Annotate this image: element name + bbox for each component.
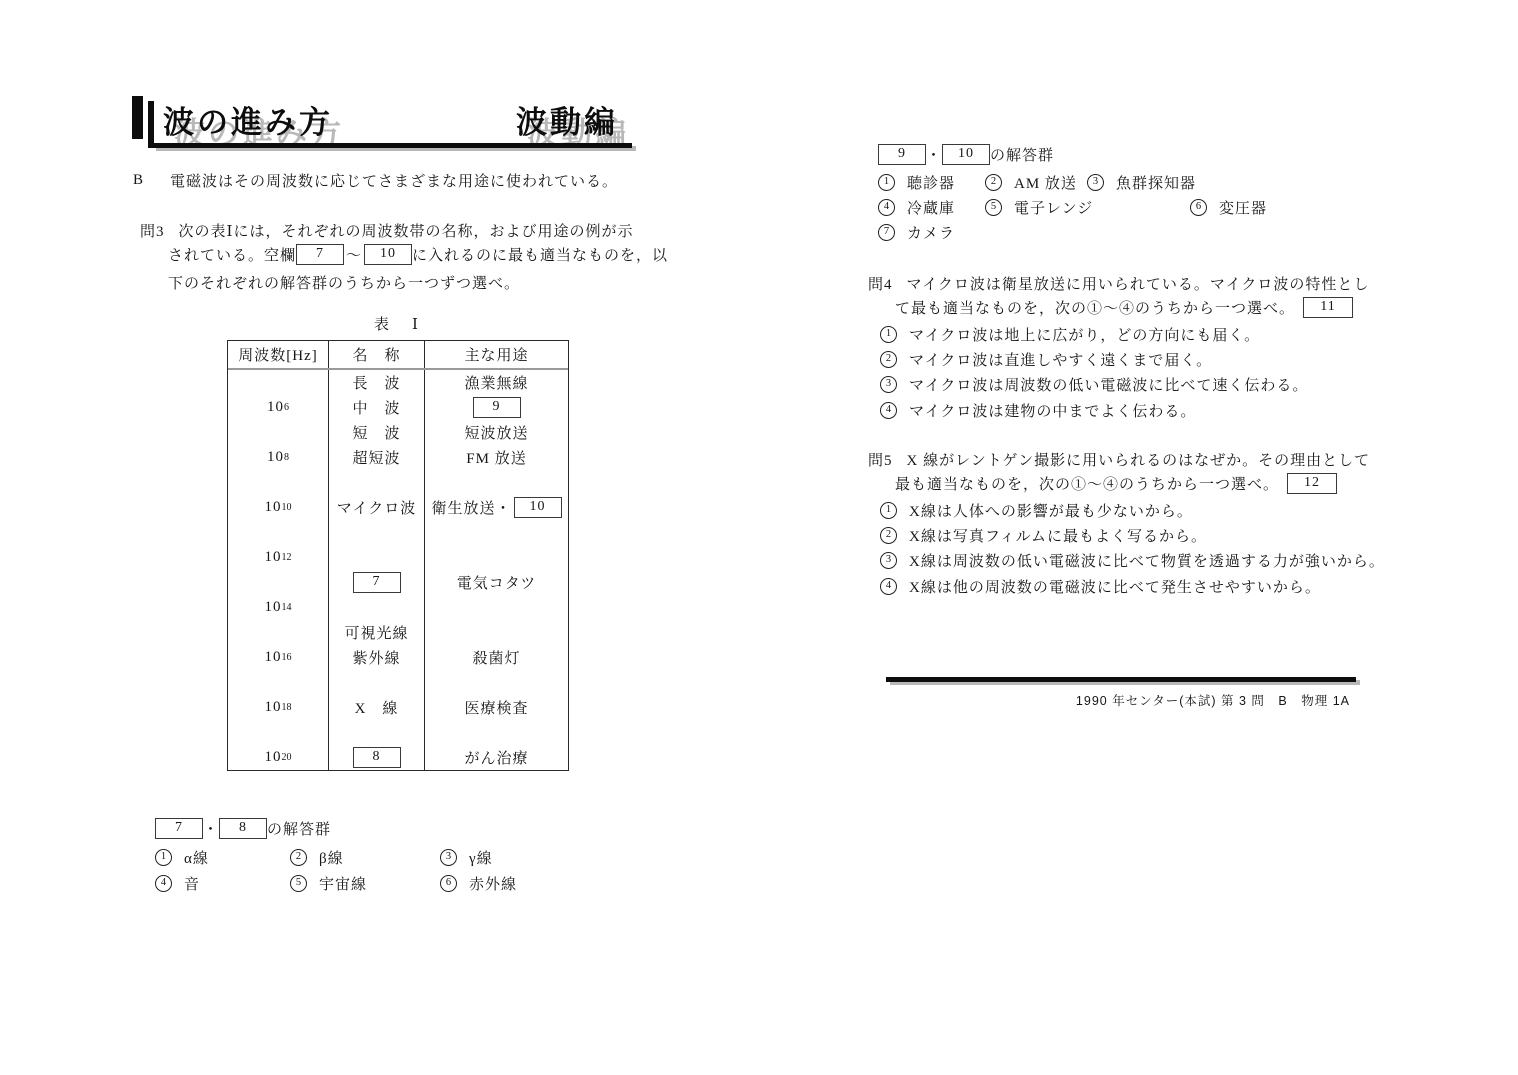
option-marker: 2: [290, 849, 307, 866]
table-row: [228, 720, 568, 745]
band-name: 紫外線: [329, 645, 425, 670]
table-row: [228, 670, 568, 695]
table-row: [228, 470, 568, 495]
answer-blank-box-11: 11: [1303, 297, 1353, 318]
table-caption: 表 Ⅰ: [227, 313, 569, 334]
option-marker: 1: [880, 502, 897, 519]
answer-option: 4 冷蔵庫: [878, 197, 955, 218]
option-marker: 1: [155, 849, 172, 866]
option-marker: 4: [155, 875, 172, 892]
table-row: 1016 紫外線 殺菌灯: [228, 645, 568, 670]
table-row: 7 電気コタツ: [228, 570, 568, 595]
option-marker: 5: [290, 875, 307, 892]
q4-line1: 問4 マイクロ波は衛星放送に用いられている。マイクロ波の特性とし: [868, 273, 1369, 294]
footer-rule: [886, 677, 1356, 682]
q3-text: に入れるのに最も適当なものを，以: [412, 244, 668, 265]
q5-text: X 線がレントゲン撮影に用いられるのはなぜか。その理由として: [907, 449, 1371, 470]
q4-text: マイクロ波は衛星放送に用いられている。マイクロ波の特性とし: [907, 273, 1370, 294]
edition-title: 波動編: [516, 97, 618, 142]
table-row: 1010 マイクロ波 衛生放送・10: [228, 495, 568, 520]
answer-blank-box-8: 8: [219, 818, 267, 839]
q5-line1: 問5 X 線がレントゲン撮影に用いられるのはなぜか。その理由として: [868, 449, 1370, 470]
answer-option: 3 マイクロ波は周波数の低い電磁波に比べて速く伝わる。: [880, 374, 1308, 395]
answer-option: 2 β線: [290, 847, 344, 868]
table-row: 108 超短波 FM 放送: [228, 445, 568, 470]
q5-label: 問5: [868, 449, 893, 470]
option-marker: 2: [985, 174, 1002, 191]
column-header: 周波数[Hz]: [228, 341, 329, 368]
band-use: 衛生放送・: [431, 497, 511, 518]
option-marker: 1: [880, 326, 897, 343]
answer-group-7-8-title: 7 ・ 8 の解答群: [155, 818, 331, 839]
tilde-separator: ～: [346, 244, 362, 265]
q4-line2: て最も適当なものを，次の①～④のうちから一つ選べ。 11: [895, 297, 1353, 318]
answer-option: 5 電子レンジ: [985, 197, 1093, 218]
answer-option: 2 AM 放送: [985, 172, 1077, 193]
frequency-value: 1012: [228, 545, 329, 570]
frequency-value: 1014: [228, 595, 329, 620]
table-row: 1014: [228, 595, 568, 620]
option-marker: 7: [878, 224, 895, 241]
answer-option: 4 X線は他の周波数の電磁波に比べて発生させやすいから。: [880, 576, 1321, 597]
answer-option: 3 X線は周波数の低い電磁波に比べて物質を透過する力が強いから。: [880, 550, 1385, 571]
answer-option: 6 変圧器: [1190, 197, 1267, 218]
section-b-label: B: [133, 172, 144, 189]
q3-line3: 下のそれぞれの解答群のうちから一つずつ選べ。: [168, 272, 520, 293]
answer-blank-box-10: 10: [514, 497, 562, 518]
answer-option: 4 音: [155, 873, 200, 894]
answer-group-suffix: の解答群: [990, 144, 1054, 165]
answer-option: 3 魚群探知器: [1087, 172, 1196, 193]
band-use: 医療検査: [425, 695, 568, 720]
title-underline: [152, 143, 632, 148]
option-marker: 3: [880, 376, 897, 393]
answer-blank-box-10: 10: [942, 144, 990, 165]
q5-line2: 最も適当なものを，次の①～④のうちから一つ選べ。 12: [895, 473, 1337, 494]
answer-blank-box-9: 9: [473, 397, 521, 418]
q3-label: 問3: [140, 220, 165, 241]
dot-separator: ・: [203, 818, 219, 839]
band-use: 漁業無線: [425, 370, 568, 395]
answer-option: 4 マイクロ波は建物の中までよく伝わる。: [880, 400, 1196, 421]
answer-blank-box-7: 7: [296, 244, 344, 265]
answer-option: 2 X線は写真フィルムに最もよく写るから。: [880, 525, 1207, 546]
band-use: 短波放送: [425, 420, 568, 445]
answer-group-suffix: の解答群: [267, 818, 331, 839]
option-marker: 1: [878, 174, 895, 191]
answer-option: 1 X線は人体への影響が最も少ないから。: [880, 500, 1193, 521]
column-header: 名 称: [329, 341, 425, 368]
answer-blank-box-7: 7: [353, 572, 401, 593]
option-marker: 4: [880, 402, 897, 419]
page-title: 波の進み方: [163, 97, 333, 142]
q3-text: 次の表Ⅰには，それぞれの周波数帯の名称，および用途の例が示: [179, 220, 634, 241]
table-row: 1018 X 線 医療検査: [228, 695, 568, 720]
answer-blank-box-8: 8: [353, 747, 401, 768]
q3-line2: されている。空欄 7 ～ 10 に入れるのに最も適当なものを，以: [168, 244, 668, 265]
q4-text: て最も適当なものを，次の①～④のうちから一つ選べ。: [895, 297, 1295, 318]
band-name: 中 波: [329, 395, 425, 420]
table-row: 短 波 短波放送: [228, 420, 568, 445]
answer-option: 1 マイクロ波は地上に広がり，どの方向にも届く。: [880, 324, 1260, 345]
option-marker: 6: [440, 875, 457, 892]
q3-line1: 問3 次の表Ⅰには，それぞれの周波数帯の名称，および用途の例が示: [140, 220, 633, 241]
answer-option: 3 γ線: [440, 847, 493, 868]
q5-text: 最も適当なものを，次の①～④のうちから一つ選べ。: [895, 473, 1279, 494]
band-name: X 線: [329, 695, 425, 720]
source-credit: 1990 年センター(本試) 第 3 問 B 物理 1A: [886, 691, 1350, 709]
answer-option: 2 マイクロ波は直進しやすく遠くまで届く。: [880, 349, 1212, 370]
table-row: 長 波 漁業無線: [228, 370, 568, 395]
answer-option: 6 赤外線: [440, 873, 517, 894]
band-name: 可視光線: [329, 620, 425, 645]
frequency-value: 1018: [228, 695, 329, 720]
answer-blank-box-10: 10: [364, 244, 412, 265]
exam-page: 波の進み方 波動編 B 電磁波はその周波数に応じてさまざまな用途に使われている。…: [0, 0, 1518, 1075]
answer-group-9-10-title: 9 ・ 10 の解答群: [878, 144, 1054, 165]
header-bar-icon: [148, 101, 154, 148]
frequency-value: 108: [228, 445, 329, 470]
answer-blank-box-12: 12: [1287, 473, 1337, 494]
answer-option: 7 カメラ: [878, 222, 955, 243]
section-b-text: 電磁波はその周波数に応じてさまざまな用途に使われている。: [170, 170, 618, 191]
option-marker: 3: [440, 849, 457, 866]
column-header: 主な用途: [425, 341, 568, 368]
answer-blank-box-9: 9: [878, 144, 926, 165]
option-marker: 4: [878, 199, 895, 216]
frequency-value: 1020: [228, 745, 329, 770]
answer-blank-box-7: 7: [155, 818, 203, 839]
band-name: 短 波: [329, 420, 425, 445]
table-row: 1012: [228, 545, 568, 570]
option-marker: 3: [1087, 174, 1104, 191]
option-marker: 5: [985, 199, 1002, 216]
table-row: 106 中 波 9: [228, 395, 568, 420]
band-name: マイクロ波: [329, 495, 425, 520]
option-marker: 3: [880, 552, 897, 569]
option-marker: 4: [880, 578, 897, 595]
table-row: 可視光線: [228, 620, 568, 645]
dot-separator: ・: [926, 144, 942, 165]
band-name: 超短波: [329, 445, 425, 470]
table-row: [228, 520, 568, 545]
option-marker: 2: [880, 527, 897, 544]
band-use: 電気コタツ: [425, 570, 568, 595]
section-b: B 電磁波はその周波数に応じてさまざまな用途に使われている。: [133, 170, 618, 191]
answer-option: 5 宇宙線: [290, 873, 367, 894]
answer-option: 1 聴診器: [878, 172, 955, 193]
table-row: 1020 8 がん治療: [228, 745, 568, 770]
answer-option: 1 α線: [155, 847, 209, 868]
table-header-row: 周波数[Hz] 名 称 主な用途: [228, 341, 568, 370]
option-marker: 2: [880, 351, 897, 368]
frequency-value: 1016: [228, 645, 329, 670]
frequency-value: 106: [228, 395, 329, 420]
band-name: 長 波: [329, 370, 425, 395]
band-use: FM 放送: [425, 445, 568, 470]
header-bar-icon: [132, 96, 143, 139]
q3-text: されている。空欄: [168, 244, 296, 265]
q4-label: 問4: [868, 273, 893, 294]
band-use: 殺菌灯: [425, 645, 568, 670]
option-marker: 6: [1190, 199, 1207, 216]
frequency-table: 周波数[Hz] 名 称 主な用途 長 波 漁業無線 106 中 波 9 短 波 …: [227, 340, 569, 771]
band-use: がん治療: [425, 745, 568, 770]
frequency-value: 1010: [228, 495, 329, 520]
